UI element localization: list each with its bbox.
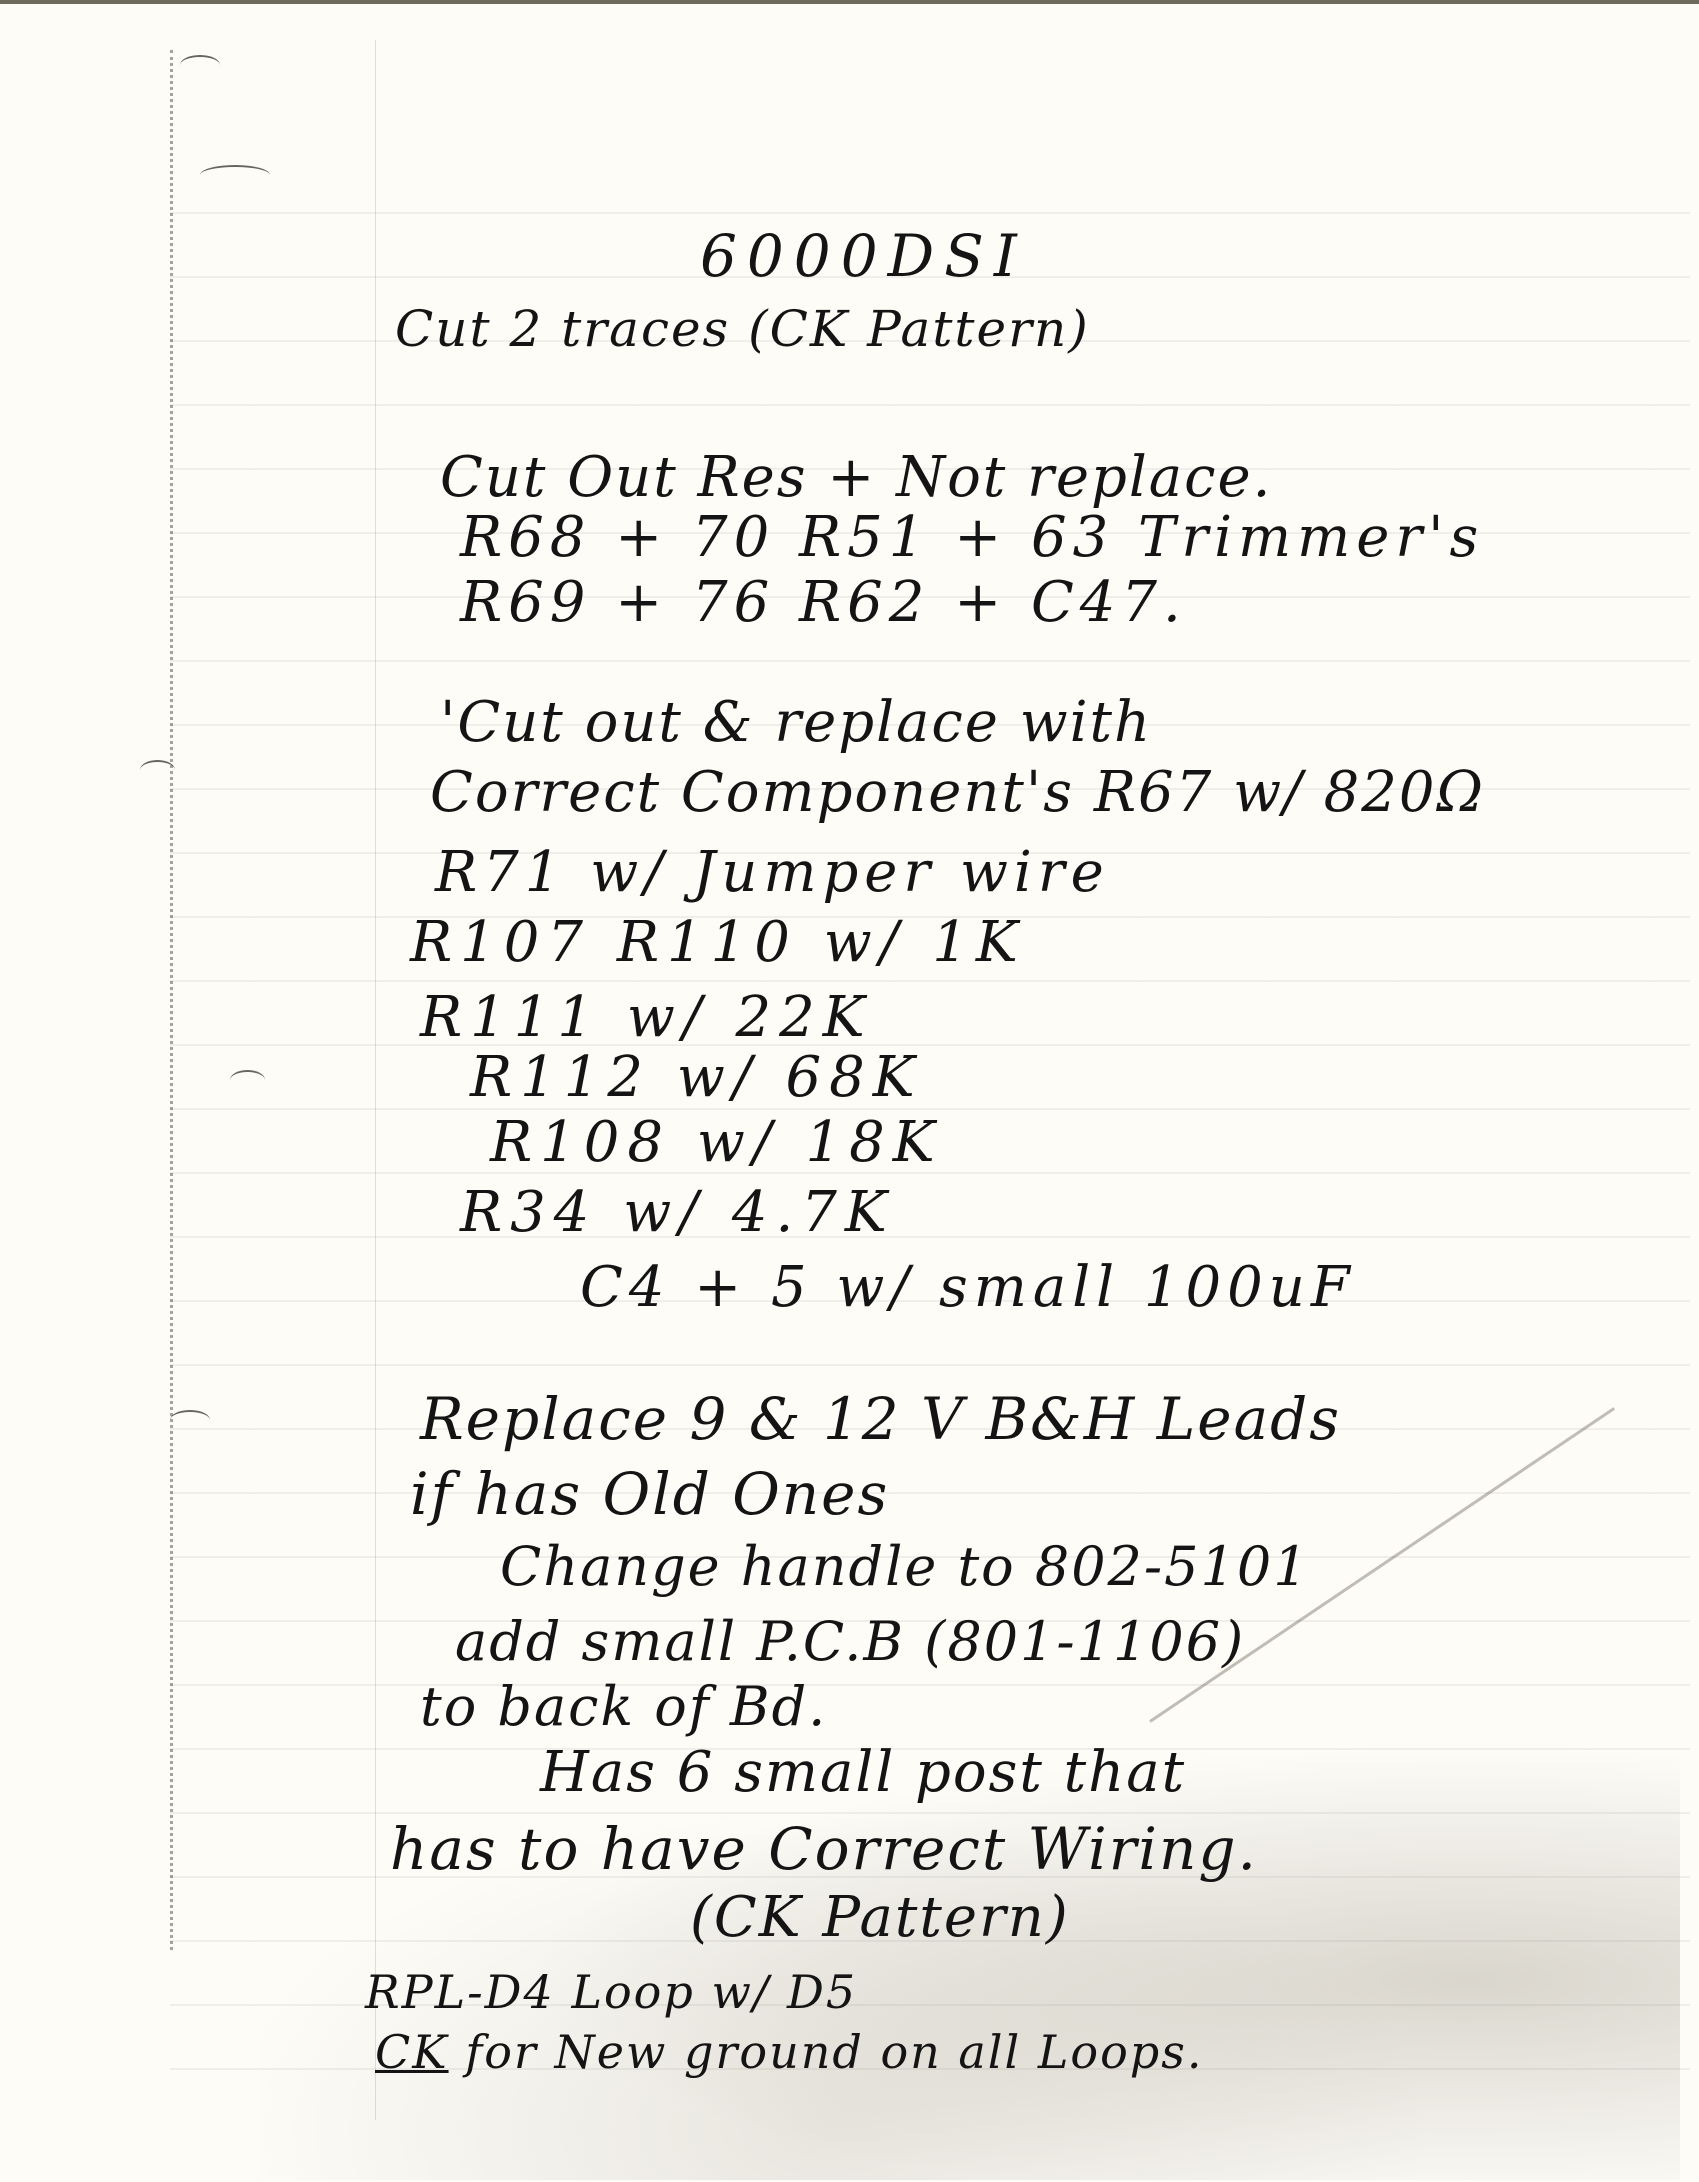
note-line: to back of Bd. bbox=[420, 1675, 827, 1738]
list-item: R107 R110 w/ 1K bbox=[410, 910, 1026, 975]
list-item: R69 + 76 R62 + C47. bbox=[460, 570, 1187, 635]
note-line: RPL-D4 Loop w/ D5 bbox=[365, 1965, 857, 2019]
list-item: R111 w/ 22K bbox=[420, 985, 873, 1050]
note-line: add small P.C.B (801-1106) bbox=[455, 1610, 1245, 1673]
note-line: Has 6 small post that bbox=[540, 1740, 1186, 1805]
ck-label: CK bbox=[375, 2025, 449, 2079]
handwritten-note-page: 6000DSI Cut 2 traces (CK Pattern) Cut Ou… bbox=[0, 0, 1699, 2182]
scan-top-edge bbox=[0, 0, 1699, 4]
list-item: R71 w/ Jumper wire bbox=[435, 840, 1110, 905]
list-item: R34 w/ 4.7K bbox=[460, 1180, 895, 1245]
tear-mark bbox=[140, 760, 175, 780]
note-line: if has Old Ones bbox=[410, 1460, 889, 1528]
section-header: Cut Out Res + Not replace. bbox=[440, 445, 1272, 510]
list-item: C4 + 5 w/ small 100uF bbox=[580, 1255, 1356, 1320]
tear-mark bbox=[230, 1070, 265, 1090]
note-line: (CK Pattern) bbox=[690, 1885, 1070, 1950]
list-item: R68 + 70 R51 + 63 Trimmer's bbox=[460, 505, 1484, 570]
note-title: 6000DSI bbox=[700, 222, 1027, 290]
tear-mark bbox=[200, 165, 270, 185]
tear-mark bbox=[180, 55, 220, 75]
section-header-cont: Correct Component's R67 w/ 820Ω bbox=[430, 760, 1485, 825]
tear-mark bbox=[170, 1410, 210, 1430]
note-line: has to have Correct Wiring. bbox=[390, 1815, 1258, 1883]
list-item: R108 w/ 18K bbox=[490, 1110, 943, 1175]
torn-perforated-edge bbox=[170, 50, 203, 1950]
note-text: for New ground on all Loops. bbox=[465, 2025, 1203, 2079]
note-line: Change handle to 802-5101 bbox=[500, 1535, 1310, 1598]
note-line: Replace 9 & 12 V B&H Leads bbox=[420, 1385, 1341, 1453]
list-item: R112 w/ 68K bbox=[470, 1045, 923, 1110]
section-header: 'Cut out & replace with bbox=[440, 690, 1152, 755]
note-line-check: CK for New ground on all Loops. bbox=[375, 2025, 1203, 2079]
note-heading: Cut 2 traces (CK Pattern) bbox=[395, 300, 1090, 358]
